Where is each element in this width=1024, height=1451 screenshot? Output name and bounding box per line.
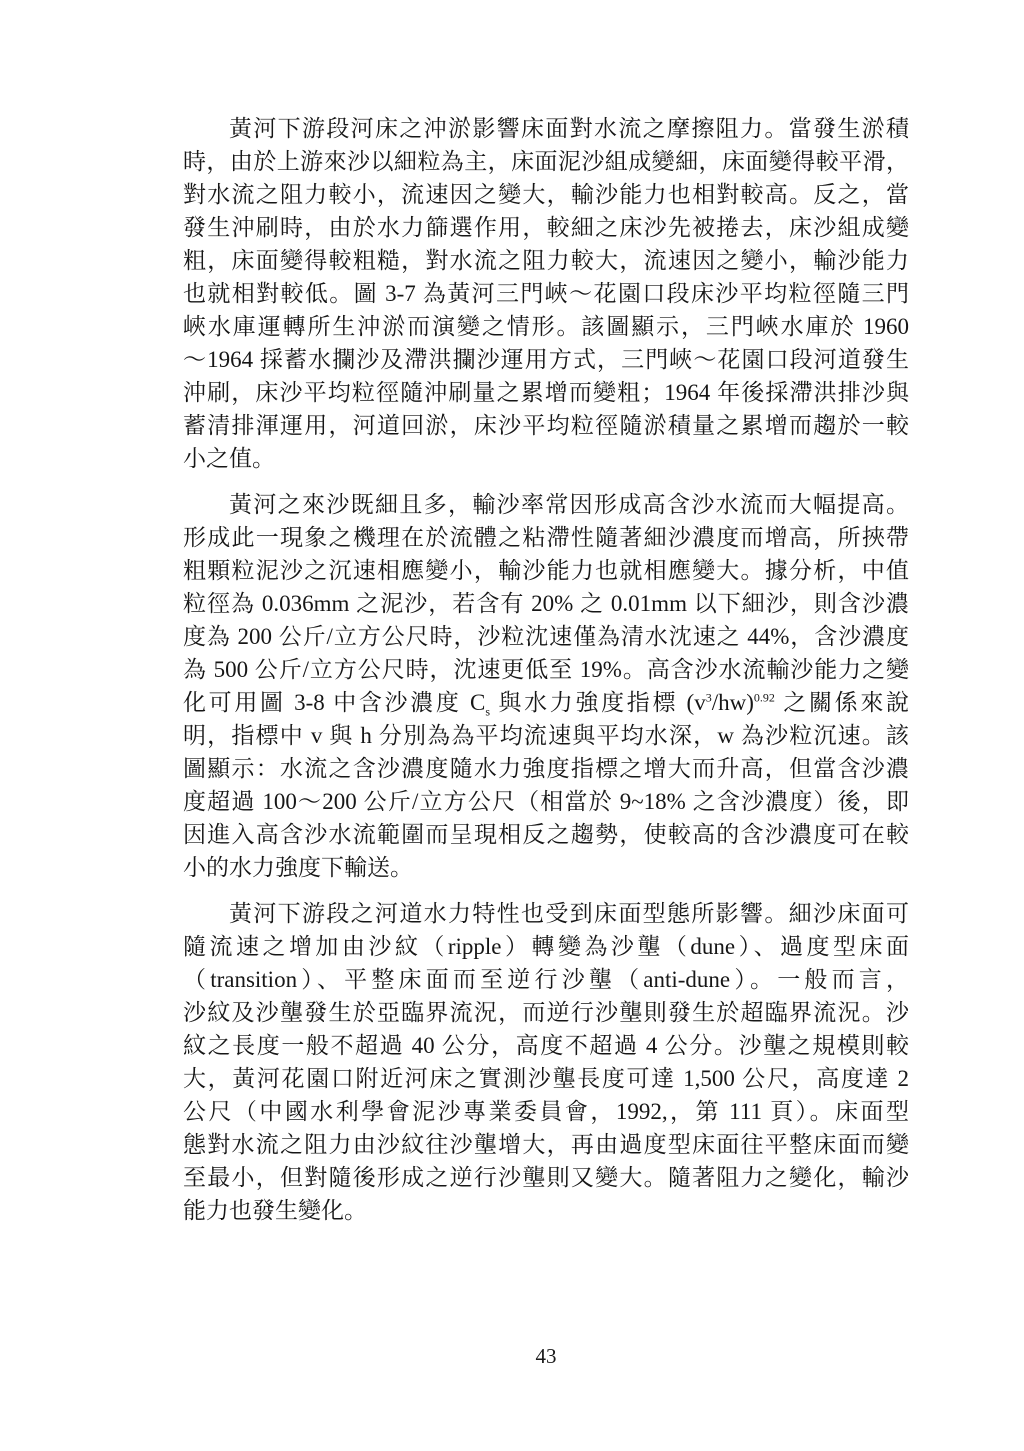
page-number: 43 <box>183 1344 909 1369</box>
text-line: 對水流之阻力較小，流速因之變大，輸沙能力也相對較高。反之，當 <box>183 178 909 211</box>
text-segment: 圖顯示：水流之含沙濃度隨水力強度指標之增大而升高，但當含沙濃 <box>183 756 909 781</box>
text-segment: 粒徑為 0.036mm 之泥沙，若含有 20% 之 0.01mm 以下細沙，則含… <box>183 591 909 616</box>
text-segment: ～1964 採蓄水攔沙及滯洪攔沙運用方式，三門峽～花園口段河道發生 <box>183 347 909 372</box>
text-segment: （transition）、平整床面而至逆行沙壟（anti-dune）。一般而言， <box>183 967 909 992</box>
text-segment: 對水流之阻力較小，流速因之變大，輸沙能力也相對較高。反之，當 <box>183 182 909 207</box>
text-line: 粒徑為 0.036mm 之泥沙，若含有 20% 之 0.01mm 以下細沙，則含… <box>183 587 909 620</box>
text-line: 度為 200 公斤/立方公尺時，沙粒沈速僅為清水沈速之 44%，含沙濃度 <box>183 620 909 653</box>
text-segment: 能力也發生變化。 <box>183 1198 367 1223</box>
text-line: 能力也發生變化。 <box>183 1194 909 1227</box>
text-line: 沖刷，床沙平均粒徑隨沖刷量之累增而變粗；1964 年後採滯洪排沙與 <box>183 376 909 409</box>
text-line: 也就相對較低。圖 3-7 為黃河三門峽～花園口段床沙平均粒徑隨三門 <box>183 277 909 310</box>
text-segment: 與水力強度指標 (v <box>490 690 706 715</box>
paragraph: 黃河之來沙既細且多，輸沙率常因形成高含沙水流而大幅提高。形成此一現象之機理在於流… <box>183 488 909 884</box>
text-segment: 沙紋及沙壟發生於亞臨界流況，而逆行沙壟則發生於超臨界流況。沙 <box>183 1000 909 1025</box>
text-segment: 因進入高含沙水流範圍而呈現相反之趨勢，使較高的含沙濃度可在較 <box>183 822 909 847</box>
text-segment: /hw) <box>712 690 754 715</box>
text-segment: 形成此一現象之機理在於流體之粘滯性隨著細沙濃度而增高，所挾帶 <box>183 525 909 550</box>
document-body: 黃河下游段河床之沖淤影響床面對水流之摩擦阻力。當發生淤積時，由於上游來沙以細粒為… <box>183 112 909 1240</box>
text-segment: 峽水庫運轉所生沖淤而演變之情形。該圖顯示，三門峽水庫於 1960 <box>183 314 909 339</box>
text-line: 公尺（中國水利學會泥沙專業委員會，1992,，第 111 頁）。床面型 <box>183 1095 909 1128</box>
text-segment: 隨流速之增加由沙紋（ripple）轉變為沙壟（dune）、過度型床面 <box>183 934 909 959</box>
text-line: 因進入高含沙水流範圍而呈現相反之趨勢，使較高的含沙濃度可在較 <box>183 818 909 851</box>
text-line: 明，指標中 v 與 h 分別為為平均流速與平均水深，w 為沙粒沉速。該 <box>183 719 909 752</box>
text-segment: 沖刷，床沙平均粒徑隨沖刷量之累增而變粗；1964 年後採滯洪排沙與 <box>183 380 909 405</box>
text-segment: 度為 200 公斤/立方公尺時，沙粒沈速僅為清水沈速之 44%，含沙濃度 <box>183 624 909 649</box>
text-line: 黃河下游段之河道水力特性也受到床面型態所影響。細沙床面可 <box>183 897 909 930</box>
text-segment: 小之值。 <box>183 446 275 471</box>
text-line: 蓄清排渾運用，河道回淤，床沙平均粒徑隨淤積量之累增而趨於一較 <box>183 409 909 442</box>
text-segment: 大，黃河花園口附近河床之實測沙壟長度可達 1,500 公尺，高度達 2 <box>183 1066 909 1091</box>
text-line: 態對水流之阻力由沙紋往沙壟增大，再由過度型床面往平整床面而變 <box>183 1128 909 1161</box>
text-segment: 粗，床面變得較粗糙，對水流之阻力較大，流速因之變小，輸沙能力 <box>183 248 909 273</box>
text-segment: 之關係來說 <box>775 690 909 715</box>
text-line: 紋之長度一般不超過 40 公分，高度不超過 4 公分。沙壟之規模則較 <box>183 1029 909 1062</box>
text-segment: 化可用圖 3-8 中含沙濃度 C <box>183 690 485 715</box>
text-segment: 紋之長度一般不超過 40 公分，高度不超過 4 公分。沙壟之規模則較 <box>183 1033 909 1058</box>
text-line: 黃河之來沙既細且多，輸沙率常因形成高含沙水流而大幅提高。 <box>183 488 909 521</box>
text-segment: 黃河下游段之河道水力特性也受到床面型態所影響。細沙床面可 <box>229 901 909 926</box>
text-line: 小的水力強度下輸送。 <box>183 851 909 884</box>
text-line: 粗，床面變得較粗糙，對水流之阻力較大，流速因之變小，輸沙能力 <box>183 244 909 277</box>
text-line: 化可用圖 3-8 中含沙濃度 Cs 與水力強度指標 (v3/hw)0.92 之關… <box>183 686 909 719</box>
text-line: 隨流速之增加由沙紋（ripple）轉變為沙壟（dune）、過度型床面 <box>183 930 909 963</box>
text-line: 至最小，但對隨後形成之逆行沙壟則又變大。隨著阻力之變化，輸沙 <box>183 1161 909 1194</box>
text-segment: 至最小，但對隨後形成之逆行沙壟則又變大。隨著阻力之變化，輸沙 <box>183 1165 909 1190</box>
text-segment: 粗顆粒泥沙之沉速相應變小，輸沙能力也就相應變大。據分析，中值 <box>183 558 909 583</box>
text-segment: 為 500 公斤/立方公尺時，沈速更低至 19%。高含沙水流輸沙能力之變 <box>183 657 909 682</box>
text-line: 大，黃河花園口附近河床之實測沙壟長度可達 1,500 公尺，高度達 2 <box>183 1062 909 1095</box>
text-line: （transition）、平整床面而至逆行沙壟（anti-dune）。一般而言， <box>183 963 909 996</box>
text-line: 發生沖刷時，由於水力篩選作用，較細之床沙先被捲去，床沙組成變 <box>183 211 909 244</box>
text-segment: 黃河下游段河床之沖淤影響床面對水流之摩擦阻力。當發生淤積 <box>229 116 909 141</box>
text-segment: 小的水力強度下輸送。 <box>183 855 413 880</box>
text-segment: 也就相對較低。圖 3-7 為黃河三門峽～花園口段床沙平均粒徑隨三門 <box>183 281 909 306</box>
text-segment: 黃河之來沙既細且多，輸沙率常因形成高含沙水流而大幅提高。 <box>229 492 909 517</box>
text-segment: 時，由於上游來沙以細粒為主，床面泥沙組成變細，床面變得較平滑， <box>183 149 909 174</box>
text-line: 形成此一現象之機理在於流體之粘滯性隨著細沙濃度而增高，所挾帶 <box>183 521 909 554</box>
text-segment: 態對水流之阻力由沙紋往沙壟增大，再由過度型床面往平整床面而變 <box>183 1132 909 1157</box>
paragraph: 黃河下游段河床之沖淤影響床面對水流之摩擦阻力。當發生淤積時，由於上游來沙以細粒為… <box>183 112 909 475</box>
text-segment: 0.92 <box>754 690 775 704</box>
text-line: 時，由於上游來沙以細粒為主，床面泥沙組成變細，床面變得較平滑， <box>183 145 909 178</box>
page: 黃河下游段河床之沖淤影響床面對水流之摩擦阻力。當發生淤積時，由於上游來沙以細粒為… <box>0 0 1024 1451</box>
text-line: 黃河下游段河床之沖淤影響床面對水流之摩擦阻力。當發生淤積 <box>183 112 909 145</box>
text-line: 沙紋及沙壟發生於亞臨界流況，而逆行沙壟則發生於超臨界流況。沙 <box>183 996 909 1029</box>
text-segment: 公尺（中國水利學會泥沙專業委員會，1992,，第 111 頁）。床面型 <box>183 1099 909 1124</box>
text-segment: 明，指標中 v 與 h 分別為為平均流速與平均水深，w 為沙粒沉速。該 <box>183 723 909 748</box>
text-line: 峽水庫運轉所生沖淤而演變之情形。該圖顯示，三門峽水庫於 1960 <box>183 310 909 343</box>
paragraph: 黃河下游段之河道水力特性也受到床面型態所影響。細沙床面可隨流速之增加由沙紋（ri… <box>183 897 909 1227</box>
text-line: 小之值。 <box>183 442 909 475</box>
text-line: ～1964 採蓄水攔沙及滯洪攔沙運用方式，三門峽～花園口段河道發生 <box>183 343 909 376</box>
text-line: 度超過 100～200 公斤/立方公尺（相當於 9~18% 之含沙濃度）後，即 <box>183 785 909 818</box>
text-line: 圖顯示：水流之含沙濃度隨水力強度指標之增大而升高，但當含沙濃 <box>183 752 909 785</box>
text-segment: 發生沖刷時，由於水力篩選作用，較細之床沙先被捲去，床沙組成變 <box>183 215 909 240</box>
text-segment: 度超過 100～200 公斤/立方公尺（相當於 9~18% 之含沙濃度）後，即 <box>183 789 909 814</box>
text-segment: 蓄清排渾運用，河道回淤，床沙平均粒徑隨淤積量之累增而趨於一較 <box>183 413 909 438</box>
text-line: 為 500 公斤/立方公尺時，沈速更低至 19%。高含沙水流輸沙能力之變 <box>183 653 909 686</box>
text-line: 粗顆粒泥沙之沉速相應變小，輸沙能力也就相應變大。據分析，中值 <box>183 554 909 587</box>
